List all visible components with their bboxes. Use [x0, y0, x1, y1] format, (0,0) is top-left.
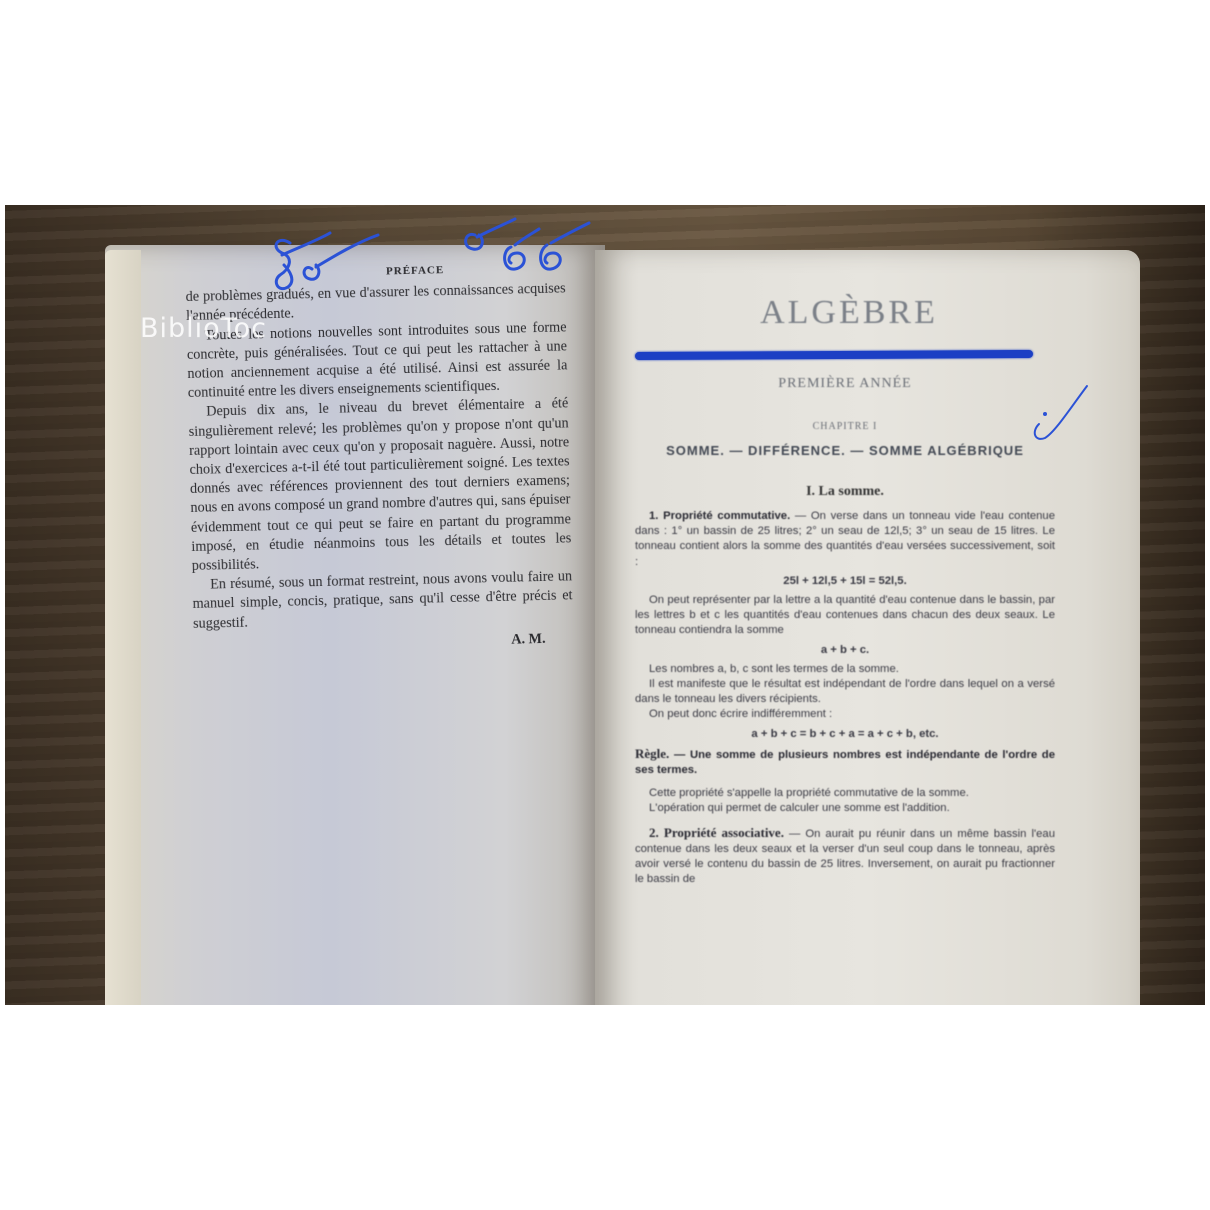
chapter-title: SOMME. — DIFFÉRENCE. — SOMME ALGÉBRIQUE — [635, 443, 1055, 458]
equation: 25l + 12l,5 + 15l = 52l,5. — [635, 574, 1055, 589]
paragraph: On peut donc écrire indifféremment : — [635, 707, 1055, 722]
preface-paragraph: Depuis dix ans, le niveau du brevet élém… — [188, 395, 572, 576]
preface-paragraph: En résumé, sous un format restreint, nou… — [192, 568, 573, 634]
handwritten-note-left — [260, 225, 390, 305]
right-page-text: ALGÈBRE PREMIÈRE ANNÉE CHAPITRE I SOMME.… — [635, 305, 1055, 887]
paragraph: Il est manifeste que le résultat est ind… — [635, 677, 1055, 707]
paragraph: Les nombres a, b, c sont les termes de l… — [635, 662, 1055, 677]
paragraph: Cette propriété s'appelle la propriété c… — [635, 786, 1055, 801]
paragraph: L'opération qui permet de calculer une s… — [635, 801, 1055, 816]
handwritten-note-right — [455, 215, 595, 285]
rule: Règle. — Une somme de plusieurs nombres … — [635, 746, 1055, 778]
paragraph: 1. Propriété commutative. — On verse dan… — [635, 509, 1055, 570]
equation: a + b + c. — [635, 643, 1055, 658]
paragraph: On peut représenter par la lettre a la q… — [635, 593, 1055, 639]
left-page-edge — [105, 250, 141, 1005]
book-title: ALGÈBRE — [635, 305, 1055, 320]
rule-text: — Une somme de plusieurs nombres est ind… — [635, 749, 1055, 776]
handwritten-note-margin — [1025, 380, 1095, 450]
rule-lead: Règle. — [635, 746, 669, 761]
chapter-label: CHAPITRE I — [635, 419, 1055, 434]
paragraph-lead: 2. Propriété associative. — [649, 825, 784, 840]
section-title: I. La somme. — [635, 484, 1055, 499]
paragraph-lead: 1. Propriété commutative. — [649, 510, 790, 522]
watermark-logo: BiblioToc — [140, 313, 267, 344]
year-heading: PREMIÈRE ANNÉE — [635, 376, 1055, 391]
paragraph: 2. Propriété associative. — On aurait pu… — [635, 825, 1055, 888]
equation: a + b + c = b + c + a = a + c + b, etc. — [635, 727, 1055, 742]
